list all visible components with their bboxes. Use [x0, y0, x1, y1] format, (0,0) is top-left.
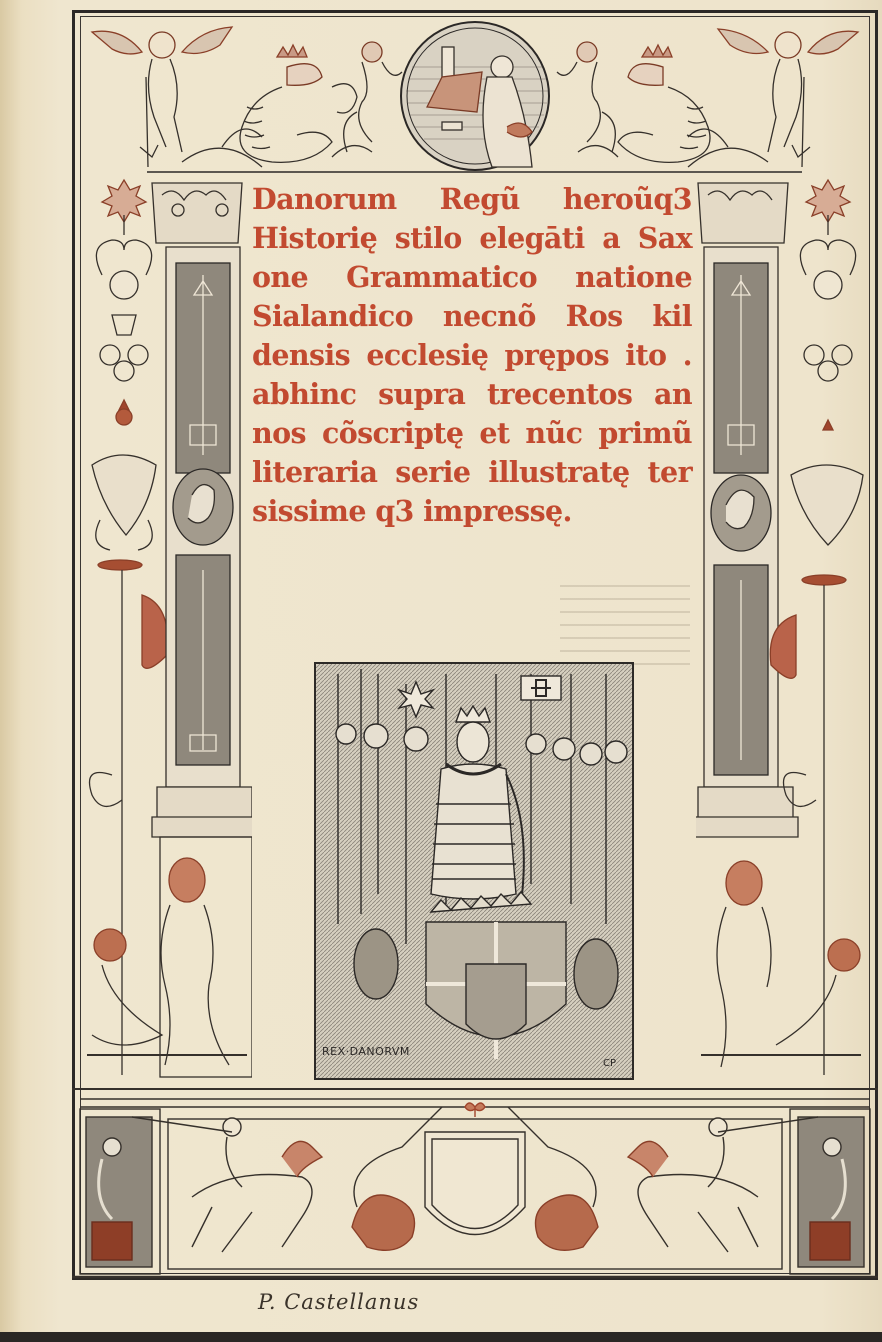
wild-man-right-icon [557, 42, 615, 152]
column-left-icon [152, 183, 252, 1077]
top-border-woodcut [82, 17, 868, 175]
handwritten-ownership-inscription: P. Castellanus [258, 1290, 419, 1314]
right-border-woodcut [696, 175, 868, 1080]
nude-figures-left-icon [87, 858, 247, 1065]
title-line: one Grammatico natione [252, 258, 692, 297]
putto-right-icon [718, 29, 858, 167]
title-line: Historię stilo elegāti a Sax [252, 219, 692, 258]
column-right-icon [696, 183, 798, 837]
title-line: sissime q3 impressę. [252, 492, 692, 531]
title-line: literaria serie illustratę ter [252, 453, 692, 492]
empty-shield-icon [425, 1103, 525, 1235]
title-line: nos cõscriptę et nũc primũ [252, 414, 692, 453]
plate-caption: REX·DANORVM [322, 1045, 410, 1058]
title-block: Danorum Regũ heroũq3 Historię stilo eleg… [252, 180, 692, 531]
printer-monogram: CP [603, 1058, 616, 1069]
wild-man-left-icon [332, 42, 402, 152]
bottom-border-woodcut [72, 1087, 878, 1280]
scholar-roundel-icon [401, 22, 549, 170]
enthroned-king-icon [316, 664, 632, 1078]
king-woodcut-plate [314, 662, 634, 1080]
musician-left-icon [103, 1138, 121, 1156]
title-line: abhinc supra trecentos an [252, 375, 692, 414]
fleur-de-lis-icon [465, 1103, 485, 1117]
musician-right-icon [823, 1138, 841, 1156]
show-through-text [560, 575, 690, 665]
left-border-woodcut [82, 175, 252, 1080]
nude-figures-right-icon [701, 861, 861, 1067]
dragon-right-icon [578, 45, 768, 167]
title-line: densis ecclesię prępos ito . [252, 336, 692, 375]
book-page: Danorum Regũ heroũq3 Historię stilo eleg… [0, 0, 882, 1332]
dragon-left-icon [182, 45, 372, 167]
title-line: Sialandico necnõ Ros kil [252, 297, 692, 336]
page-bottom-shadow [0, 1332, 882, 1342]
putto-left-icon [92, 27, 232, 167]
title-line: Danorum Regũ heroũq3 [252, 180, 692, 219]
